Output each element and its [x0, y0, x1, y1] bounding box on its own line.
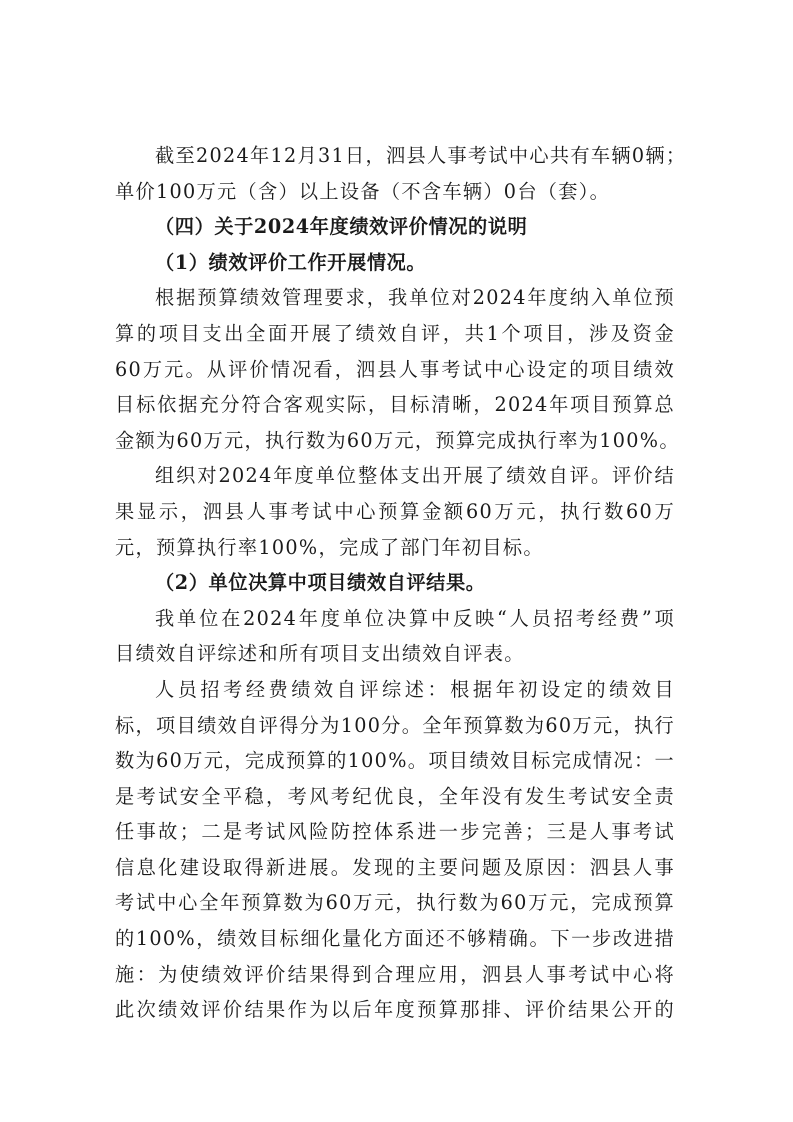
paragraph-line: 根据预算绩效管理要求，我单位对2024年度纳入单位预 [115, 280, 675, 316]
paragraph-line: 标，项目绩效自评得分为100分。全年预算数为60万元，执行 [115, 708, 675, 744]
recruitment-expense-summary-paragraph: 人员招考经费绩效自评综述：根据年初设定的绩效目 标，项目绩效自评得分为100分。… [115, 672, 675, 1028]
paragraph-line: 金额为60万元，执行数为60万元，预算完成执行率为100%。 [115, 423, 675, 459]
paragraph-line: 单价100万元（含）以上设备（不含车辆）0台（套）。 [115, 174, 675, 210]
paragraph-line: 的100%，绩效目标细化量化方面还不够精确。下一步改进措 [115, 921, 675, 957]
subsection-two-heading: （2）单位决算中项目绩效自评结果。 [115, 565, 675, 601]
vehicle-equipment-paragraph: 截至2024年12月31日，泗县人事考试中心共有车辆0辆； 单价100万元（含）… [115, 138, 675, 209]
document-body: 截至2024年12月31日，泗县人事考试中心共有车辆0辆； 单价100万元（含）… [115, 138, 675, 1028]
paragraph-line: 此次绩效评价结果作为以后年度预算那排、评价结果公开的 [115, 992, 675, 1028]
paragraph-line: 是考试安全平稳，考风考纪优良，全年没有发生考试安全责 [115, 779, 675, 815]
paragraph-line: 我单位在2024年度单位决算中反映“人员招考经费”项 [115, 601, 675, 637]
paragraph-line: 人员招考经费绩效自评综述：根据年初设定的绩效目 [115, 672, 675, 708]
overall-expenditure-paragraph: 组织对2024年度单位整体支出开展了绩效自评。评价结 果显示，泗县人事考试中心预… [115, 458, 675, 565]
paragraph-line: 60万元。从评价情况看，泗县人事考试中心设定的项目绩效 [115, 352, 675, 388]
paragraph-line: 元，预算执行率100%，完成了部门年初目标。 [115, 530, 675, 566]
paragraph-line: 截至2024年12月31日，泗县人事考试中心共有车辆0辆； [115, 138, 675, 174]
paragraph-line: 算的项目支出全面开展了绩效自评，共1个项目，涉及资金 [115, 316, 675, 352]
paragraph-line: 任事故；二是考试风险防控体系进一步完善；三是人事考试 [115, 814, 675, 850]
final-accounts-paragraph: 我单位在2024年度单位决算中反映“人员招考经费”项 目绩效自评综述和所有项目支… [115, 601, 675, 672]
paragraph-line: 果显示，泗县人事考试中心预算金额60万元，执行数60万 [115, 494, 675, 530]
section-four-heading: （四）关于2024年度绩效评价情况的说明 [115, 209, 675, 245]
paragraph-line: 信息化建设取得新进展。发现的主要问题及原因：泗县人事 [115, 850, 675, 886]
paragraph-line: 组织对2024年度单位整体支出开展了绩效自评。评价结 [115, 458, 675, 494]
subsection-one-heading: （1）绩效评价工作开展情况。 [115, 245, 675, 281]
evaluation-overview-paragraph: 根据预算绩效管理要求，我单位对2024年度纳入单位预 算的项目支出全面开展了绩效… [115, 280, 675, 458]
document-page: 截至2024年12月31日，泗县人事考试中心共有车辆0辆； 单价100万元（含）… [0, 0, 793, 1122]
paragraph-line: 数为60万元，完成预算的100%。项目绩效目标完成情况：一 [115, 743, 675, 779]
paragraph-line: 考试中心全年预算数为60万元，执行数为60万元，完成预算 [115, 885, 675, 921]
paragraph-line: 目绩效自评综述和所有项目支出绩效自评表。 [115, 636, 675, 672]
paragraph-line: 目标依据充分符合客观实际，目标清晰，2024年项目预算总 [115, 387, 675, 423]
paragraph-line: 施：为使绩效评价结果得到合理应用，泗县人事考试中心将 [115, 957, 675, 993]
